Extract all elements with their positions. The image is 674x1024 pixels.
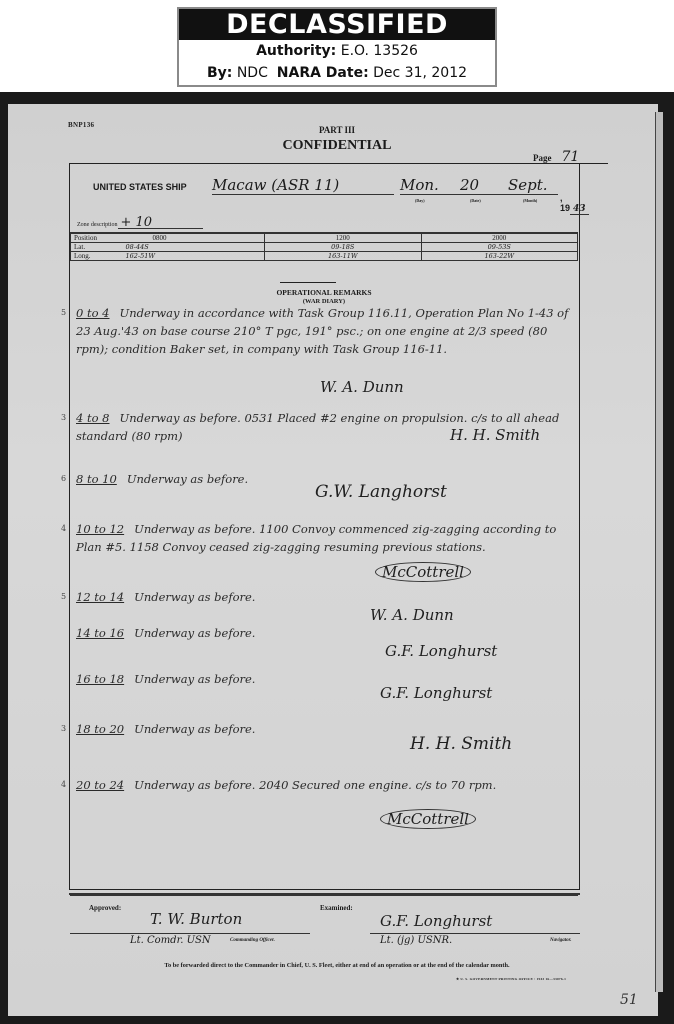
diary-entry: 16 to 18Underway as before. [76, 670, 576, 688]
co-signature: T. W. Burton [150, 910, 242, 928]
signature: H. H. Smith [410, 734, 512, 754]
entry-text: Underway as before. [127, 472, 248, 486]
stamp-title: DECLASSIFIED [179, 9, 495, 40]
position-header-row: Position 0800 1200 2000 [71, 233, 578, 243]
section-rule [280, 282, 336, 283]
declassified-stamp: DECLASSIFIED Authority: E.O. 13526 By: N… [177, 7, 497, 87]
watch-period: 20 to 24 [76, 778, 124, 792]
printer-mark: ★ U. S. GOVERNMENT PRINTING OFFICE : 194… [456, 977, 566, 981]
signature: W. A. Dunn [320, 378, 404, 396]
navigator-caption: Navigator. [550, 938, 572, 943]
signature: G.F. Longhurst [385, 642, 497, 660]
forwarding-instruction: To be forwarded direct to the Commander … [0, 962, 674, 969]
watch-period: 14 to 16 [76, 626, 124, 640]
remarks-title: OPERATIONAL REMARKS [70, 288, 578, 297]
examined-label: Examined: [320, 904, 353, 912]
part-heading: PART III [0, 125, 674, 135]
watch-period: 16 to 18 [76, 672, 124, 686]
zone-value: + 10 [118, 217, 203, 229]
position-lat-row: Lat. 08-44S 09-18S 09-53S [71, 243, 578, 252]
ship-label: UNITED STATES SHIP [93, 182, 187, 192]
stamp-authority: Authority: E.O. 13526 [179, 40, 495, 62]
signature: H. H. Smith [450, 426, 540, 444]
archive-page-number: 51 [620, 992, 638, 1008]
month-value: Sept. [508, 176, 558, 195]
day-caption: (Day) [415, 198, 425, 203]
approvals-divider [69, 893, 580, 895]
co-signature-line [70, 933, 310, 934]
date-value: 20 [460, 176, 508, 195]
diary-entry: 4 10 to 12Underway as before. 1100 Convo… [76, 520, 576, 556]
entry-text: Underway in accordance with Task Group 1… [76, 306, 568, 356]
date-caption: (Date) [470, 198, 481, 203]
zone-description: Zone description+ 10 [77, 217, 203, 229]
signature: McCottrell [380, 809, 476, 829]
entry-text: Underway as before. [134, 626, 255, 640]
watch-period: 10 to 12 [76, 522, 124, 536]
navigator-signature-line [370, 933, 580, 934]
watch-period: 0 to 4 [76, 306, 110, 320]
watch-period: 4 to 8 [76, 411, 110, 425]
entry-text: Underway as before. [134, 672, 255, 686]
year-value: 43 [570, 204, 589, 215]
entry-text: Underway as before. [134, 722, 255, 736]
signature: G.W. Langhorst [315, 482, 447, 502]
diary-entry: 14 to 16Underway as before. [76, 624, 576, 642]
month-caption: (Month) [523, 198, 537, 203]
entry-text: Underway as before. [134, 590, 255, 604]
position-table: Position 0800 1200 2000 Lat. 08-44S 09-1… [70, 232, 578, 261]
entry-text: Underway as before. 2040 Secured one eng… [134, 778, 496, 792]
diary-entry: 4 20 to 24Underway as before. 2040 Secur… [76, 776, 576, 794]
signature: G.F. Longhurst [380, 684, 492, 702]
watch-period: 18 to 20 [76, 722, 124, 736]
signature: McCottrell [375, 562, 471, 582]
page-edge [655, 112, 663, 992]
watch-period: 8 to 10 [76, 472, 117, 486]
watch-period: 12 to 14 [76, 590, 124, 604]
day-value: Mon. [400, 176, 460, 195]
stamp-by-date: By: NDC NARA Date: Dec 31, 2012 [179, 62, 495, 84]
signature: W. A. Dunn [370, 606, 454, 624]
co-rank: Lt. Comdr. USN [130, 935, 211, 946]
entry-text: Underway as before. 1100 Convoy commence… [76, 522, 556, 554]
co-caption: Commanding Officer. [230, 938, 275, 943]
navigator-rank: Lt. (jg) USNR. [380, 935, 452, 946]
diary-entry: 5 0 to 4Underway in accordance with Task… [76, 304, 576, 358]
navigator-signature: G.F. Longhurst [380, 912, 492, 930]
diary-entry: 5 12 to 14Underway as before. [76, 588, 576, 606]
ship-name: Macaw (ASR 11) [212, 176, 394, 195]
year-label: , 1943 [560, 193, 589, 214]
position-long-row: Long. 162-51W 163-11W 163-22W [71, 252, 578, 261]
war-diary-form: UNITED STATES SHIP Macaw (ASR 11) Mon. 2… [69, 163, 580, 890]
approved-label: Approved: [89, 904, 121, 912]
